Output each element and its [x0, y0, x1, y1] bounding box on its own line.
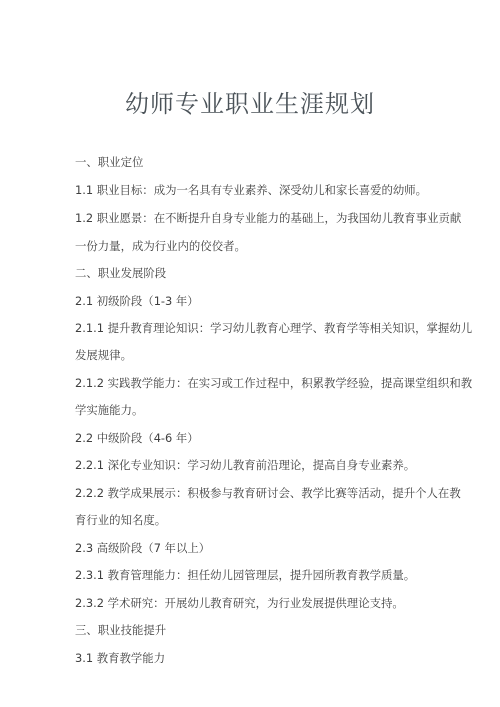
- paragraph-practice-teaching: 2.1.2 实践教学能力：在实习或工作过程中，积累教学经验，提高课堂组织和教: [75, 376, 472, 390]
- subheading-teaching-ability: 3.1 教育教学能力: [75, 651, 165, 665]
- paragraph-teaching-results: 2.2.2 教学成果展示：积极参与教育研讨会、教学比赛等活动，提升个人在教: [75, 486, 461, 500]
- section-heading-development-stages: 二、职业发展阶段: [75, 266, 166, 280]
- paragraph-deepen-knowledge: 2.2.1 深化专业知识：学习幼儿教育前沿理论，提高自身专业素养。: [75, 458, 415, 472]
- paragraph-theory-knowledge-cont: 发展规律。: [75, 348, 132, 362]
- paragraph-practice-teaching-cont: 学实施能力。: [75, 403, 143, 417]
- paragraph-academic-research: 2.3.2 学术研究：开展幼儿教育研究，为行业发展提供理论支持。: [75, 596, 404, 610]
- paragraph-career-vision-cont: 一份力量，成为行业内的佼佼者。: [75, 239, 246, 253]
- section-heading-skill-improvement: 三、职业技能提升: [75, 623, 166, 637]
- paragraph-management-ability: 2.3.1 教育管理能力：担任幼儿园管理层，提升园所教育教学质量。: [75, 568, 415, 582]
- paragraph-career-vision: 1.2 职业愿景：在不断提升自身专业能力的基础上，为我国幼儿教育事业贡献: [75, 211, 461, 225]
- document-page: 幼师专业职业生涯规划 一、职业定位 1.1 职业目标：成为一名具有专业素养、深受…: [0, 0, 500, 707]
- paragraph-teaching-results-cont: 育行业的知名度。: [75, 513, 166, 527]
- section-heading-career-positioning: 一、职业定位: [75, 155, 143, 169]
- subheading-intermediate-stage: 2.2 中级阶段（4-6 年）: [75, 431, 199, 445]
- paragraph-theory-knowledge: 2.1.1 提升教育理论知识：学习幼儿教育心理学、教育学等相关知识，掌握幼儿: [75, 321, 472, 335]
- subheading-senior-stage: 2.3 高级阶段（7 年以上）: [75, 541, 210, 555]
- subheading-junior-stage: 2.1 初级阶段（1-3 年）: [75, 294, 199, 308]
- document-title: 幼师专业职业生涯规划: [0, 84, 500, 119]
- paragraph-career-goal: 1.1 职业目标：成为一名具有专业素养、深受幼儿和家长喜爱的幼师。: [75, 183, 427, 197]
